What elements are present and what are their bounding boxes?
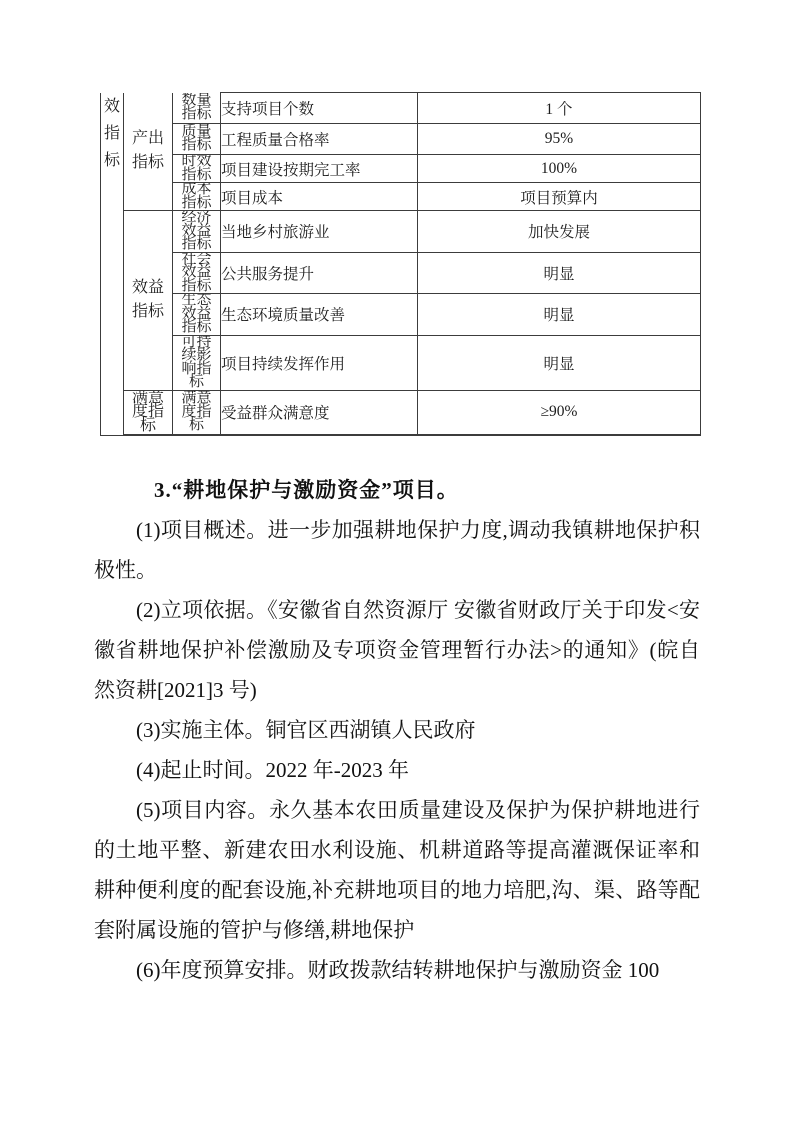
indicator-value: 明显 bbox=[418, 294, 701, 336]
indicator-value: 明显 bbox=[418, 252, 701, 294]
indicator-sub-social: 社会 效益 指标 bbox=[173, 252, 221, 294]
paragraph-time-period: (4)起止时间。2022 年-2023 年 bbox=[94, 750, 700, 790]
indicator-sub-timeliness: 时效 指标 bbox=[173, 155, 221, 183]
indicator-value: 项目预算内 bbox=[418, 183, 701, 211]
paragraph-implementing-body: (3)实施主体。铜官区西湖镇人民政府 bbox=[94, 710, 700, 750]
performance-indicator-table: 效 指 标 产出 指标 数量 指标 支持项目个数 1 个 质量 指标 工程质量合… bbox=[100, 92, 701, 436]
indicator-name: 工程质量合格率 bbox=[221, 124, 418, 155]
indicator-group-benefit: 效益 指标 bbox=[124, 211, 173, 391]
paragraph-project-content: (5)项目内容。永久基本农田质量建设及保护为保护耕地进行的土地平整、新建农田水利… bbox=[94, 790, 700, 950]
paragraph-project-overview: (1)项目概述。进一步加强耕地保护力度,调动我镇耕地保护积极性。 bbox=[94, 510, 700, 590]
indicator-name: 公共服务提升 bbox=[221, 252, 418, 294]
indicator-sub-satisfaction: 满意 度指 标 bbox=[173, 390, 221, 435]
indicator-value: ≥90% bbox=[418, 390, 701, 435]
indicator-sub-quantity: 数量 指标 bbox=[173, 93, 221, 124]
indicator-name: 项目建设按期完工率 bbox=[221, 155, 418, 183]
indicator-value: 100% bbox=[418, 155, 701, 183]
indicator-group-satisfaction: 满意 度指 标 bbox=[124, 390, 173, 435]
indicator-value: 1 个 bbox=[418, 93, 701, 124]
indicator-name: 受益群众满意度 bbox=[221, 390, 418, 435]
indicator-level1-cell: 效 指 标 bbox=[101, 93, 124, 436]
section-heading: 3.“耕地保护与激励资金”项目。 bbox=[94, 470, 700, 510]
paragraph-approval-basis: (2)立项依据。《安徽省自然资源厅 安徽省财政厅关于印发<安徽省耕地保护补偿激励… bbox=[94, 590, 700, 710]
indicator-sub-sustainable: 可持 续影 响指 标 bbox=[173, 335, 221, 390]
indicator-name: 支持项目个数 bbox=[221, 93, 418, 124]
indicator-group-output: 产出 指标 bbox=[124, 93, 173, 211]
indicator-sub-economic: 经济 效益 指标 bbox=[173, 211, 221, 253]
indicator-value: 95% bbox=[418, 124, 701, 155]
indicator-value: 明显 bbox=[418, 335, 701, 390]
indicator-name: 当地乡村旅游业 bbox=[221, 211, 418, 253]
indicator-name: 项目持续发挥作用 bbox=[221, 335, 418, 390]
paragraph-annual-budget: (6)年度预算安排。财政拨款结转耕地保护与激励资金 100 bbox=[94, 950, 700, 990]
indicator-value: 加快发展 bbox=[418, 211, 701, 253]
document-body: 3.“耕地保护与激励资金”项目。 (1)项目概述。进一步加强耕地保护力度,调动我… bbox=[94, 470, 700, 990]
indicator-name: 生态环境质量改善 bbox=[221, 294, 418, 336]
indicator-sub-quality: 质量 指标 bbox=[173, 124, 221, 155]
indicator-sub-cost: 成本 指标 bbox=[173, 183, 221, 211]
indicator-sub-ecological: 生态 效益 指标 bbox=[173, 294, 221, 336]
indicator-name: 项目成本 bbox=[221, 183, 418, 211]
document-page: 效 指 标 产出 指标 数量 指标 支持项目个数 1 个 质量 指标 工程质量合… bbox=[0, 0, 793, 1122]
